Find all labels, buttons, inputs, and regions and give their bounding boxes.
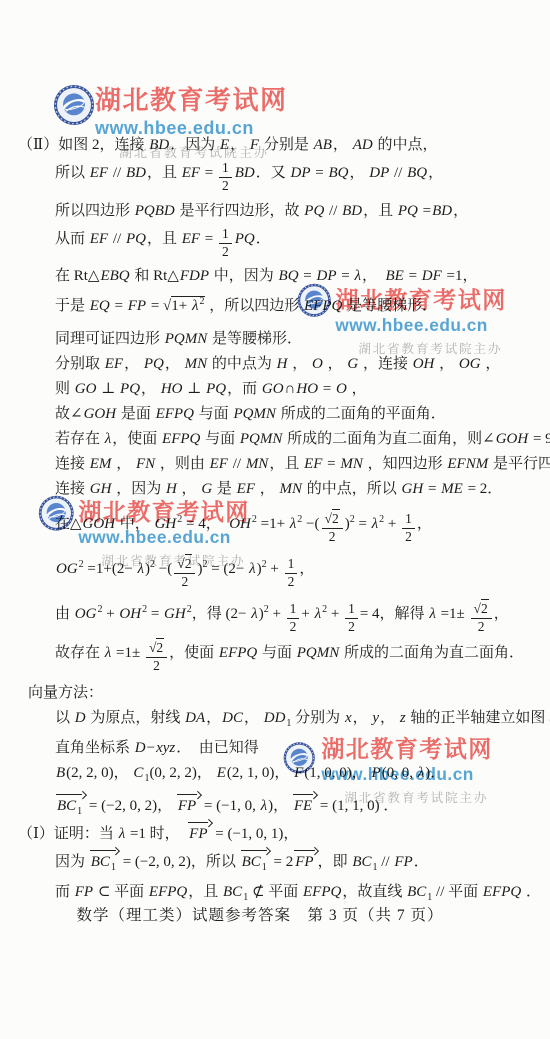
hbee-logo-icon	[297, 283, 332, 318]
page-footer: 数学（理工类）试题参考答案 第 3 页（共 7 页）	[0, 903, 520, 925]
hbee-logo-icon	[283, 742, 316, 775]
answer-line-12: 连接 EM ， FN ，则由 EF // MN，且 EF = MN ，知四边形 …	[18, 452, 538, 477]
watermark-site-name: 湖北教育考试网	[95, 80, 288, 117]
answer-line-4: 从而 EF // PQ，且 EF = 12PQ．	[18, 227, 538, 260]
watermark-site-name: 湖北教育考试网	[78, 493, 249, 527]
answer-line-3: 所以四边形 PQBD 是平行四边形，故 PQ // BD，且 PQ =BD，	[18, 199, 538, 224]
watermark-host-text: 湖北省教育考试院主办	[119, 142, 288, 161]
watermark-host-text: 湖北省教育考试院主办	[358, 339, 506, 357]
watermark-stamp: 湖北教育考试网 www.hbee.edu.cn 湖北省教育考试院主办	[38, 493, 250, 569]
answer-line-16: 由 OG2 + OH2 = GH2，得 (2− λ)2 + 12+ λ2 + 1…	[18, 597, 538, 635]
answer-line-2: 所以 EF // BD，且 EF = 12BD．又 DP = BQ， DP //…	[18, 161, 538, 194]
watermark-site-url: www.hbee.edu.cn	[321, 765, 492, 785]
watermark-site-url: www.hbee.edu.cn	[335, 316, 506, 336]
answer-line-10: 故∠GOH 是面 EFPQ 与面 PQMN 所成的二面角的平面角．	[18, 402, 538, 427]
watermark-stamp: 湖北教育考试网 www.hbee.edu.cn 湖北省教育考试院主办	[53, 80, 288, 161]
watermark-host-text: 湖北省教育考试院主办	[101, 551, 249, 569]
answer-line-9: 则 GO ⊥ PQ， HO ⊥ PQ，而 GO∩HO = O ，	[18, 377, 538, 402]
answer-page: 湖北教育考试网 www.hbee.edu.cn 湖北省教育考试院主办 湖北教育考…	[0, 0, 550, 1039]
watermark-site-name: 湖北教育考试网	[335, 281, 506, 315]
watermark-stamp: 湖北教育考试网 www.hbee.edu.cn 湖北省教育考试院主办	[281, 730, 493, 806]
answer-line-11: 若存在 λ，使面 EFPQ 与面 PQMN 所成的二面角为直二面角，则∠GOH …	[18, 427, 538, 452]
watermark-host-text: 湖北省教育考试院主办	[344, 788, 492, 806]
answer-line-24: 因为 BC1 = (−2, 0, 2)，所以 BC1 = 2FP，即 BC1 /…	[18, 847, 538, 880]
watermark-site-url: www.hbee.edu.cn	[95, 118, 288, 139]
answer-line-18: 向量方法：	[18, 681, 538, 706]
watermark-stamp: 湖北教育考试网 www.hbee.edu.cn 湖北省教育考试院主办	[295, 281, 507, 357]
watermark-site-name: 湖北教育考试网	[321, 730, 492, 764]
answer-line-23: （Ⅰ）证明：当 λ =1 时， FP = (−1, 0, 1)，	[18, 819, 538, 847]
watermark-site-url: www.hbee.edu.cn	[78, 528, 249, 548]
answer-line-17: 故存在 λ =1± √22，使面 EFPQ 与面 PQMN 所成的二面角为直二面…	[18, 641, 538, 674]
hbee-logo-icon	[53, 84, 95, 126]
hbee-logo-icon	[38, 495, 74, 531]
